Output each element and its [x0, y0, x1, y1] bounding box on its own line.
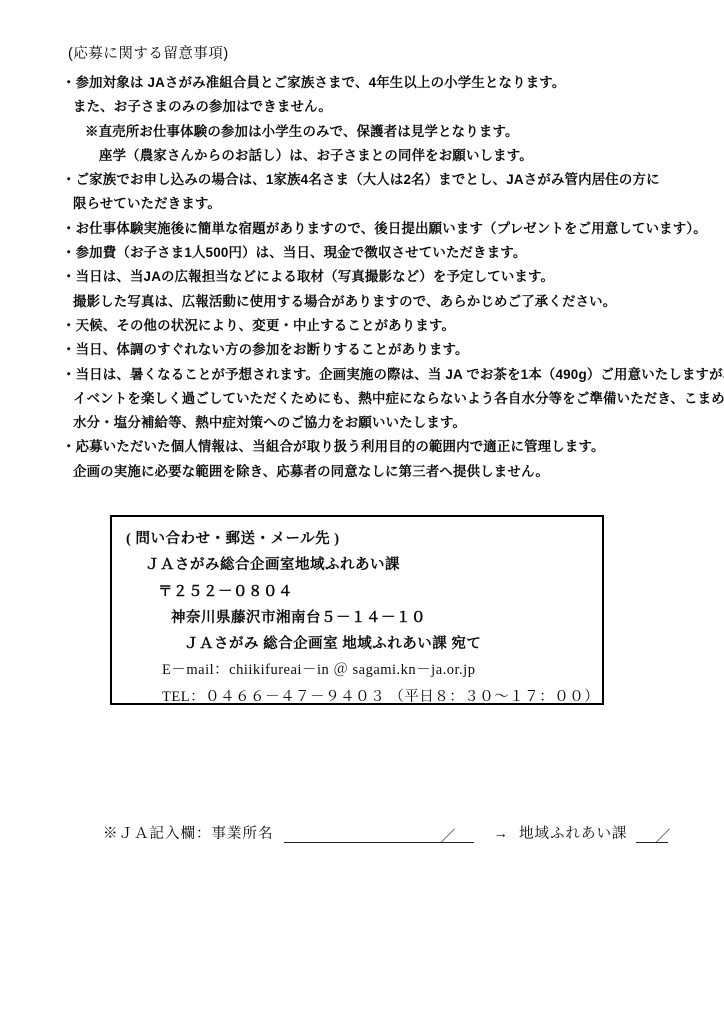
ja-entry-field-row: ※ＪＡ記入欄：事業所名 ／ → 地域ふれあい課 ／ [103, 822, 668, 843]
note-line: 座学（農家さんからのお話し）は、お子さまとの同伴をお願いします。 [62, 144, 712, 168]
contact-line: ( 問い合わせ・郵送・メール先 ) [112, 526, 602, 552]
notes-list: ・参加対象は JAさがみ准組合員とご家族さまで、4年生以上の小学生となります。ま… [62, 71, 712, 484]
note-line: ・応募いただいた個人情報は、当組合が取り扱う利用目的の範囲内で適正に管理します。 [62, 435, 712, 459]
note-line: イベントを楽しく過ごしていただくためにも、熱中症にならないよう各自水分等をご準備… [62, 387, 712, 411]
contact-line: ＪＡさがみ総合企画室地域ふれあい課 [112, 552, 602, 578]
note-line: ・参加対象は JAさがみ准組合員とご家族さまで、4年生以上の小学生となります。 [62, 71, 712, 95]
note-line: ・参加費（お子さま1人500円）は、当日、現金で徴収させていただきます。 [62, 241, 712, 265]
department-label: 地域ふれあい課 [519, 822, 628, 843]
contact-line: ＪＡさがみ 総合企画室 地域ふれあい課 宛て [112, 631, 602, 657]
note-line: ・当日は、当JAの広報担当などによる取材（写真撮影など）を予定しています。 [62, 265, 712, 289]
ja-entry-label: ※ＪＡ記入欄：事業所名 [103, 822, 274, 843]
office-name-fill-line: ／ [284, 826, 474, 843]
note-line: ・天候、その他の状況により、変更・中止することがあります。 [62, 314, 712, 338]
note-line: ・当日、体調のすぐれない方の参加をお断りすることがあります。 [62, 338, 712, 362]
note-line: 水分・塩分補給等、熱中症対策へのご協力をお願いいたします。 [62, 411, 712, 435]
document-page: (応募に関する留意事項) ・参加対象は JAさがみ准組合員とご家族さまで、4年生… [0, 0, 724, 1024]
note-line: また、お子さまのみの参加はできません。 [62, 95, 712, 119]
right-arrow-icon: → [494, 826, 510, 843]
contact-line: TEL：０４６６－４７－９４０３ （平日８：３０～１７：００） [112, 684, 602, 710]
note-line: ・当日は、暑くなることが予想されます。企画実施の際は、当 JA でお茶を1本（4… [62, 363, 712, 387]
slash-mark: ／ [440, 825, 455, 846]
note-line: 限らせていただきます。 [62, 192, 712, 216]
note-line: ・お仕事体験実施後に簡単な宿題がありますので、後日提出願います（プレゼントをご用… [62, 217, 712, 241]
contact-line: E－mail：chiikifureai－in ＠ sagami.kn－ja.or… [112, 657, 602, 683]
contact-box: ( 問い合わせ・郵送・メール先 )ＪＡさがみ総合企画室地域ふれあい課〒２５２－０… [110, 515, 604, 705]
contact-line: 〒２５２－０８０４ [112, 579, 602, 605]
note-line: 企画の実施に必要な範囲を除き、応募者の同意なしに第三者へ提供しません。 [62, 460, 712, 484]
contact-line: 神奈川県藤沢市湘南台５－１４－１０ [112, 605, 602, 631]
note-line: 撮影した写真は、広報活動に使用する場合がありますので、あらかじめご了承ください。 [62, 290, 712, 314]
slash-mark: ／ [655, 825, 670, 846]
department-fill-line: ／ [636, 826, 668, 843]
note-line: ※直売所お仕事体験の参加は小学生のみで、保護者は見学となります。 [62, 120, 712, 144]
section-title: (応募に関する留意事項) [68, 42, 229, 63]
note-line: ・ご家族でお申し込みの場合は、1家族4名さま（大人は2名）までとし、JAさがみ管… [62, 168, 712, 192]
